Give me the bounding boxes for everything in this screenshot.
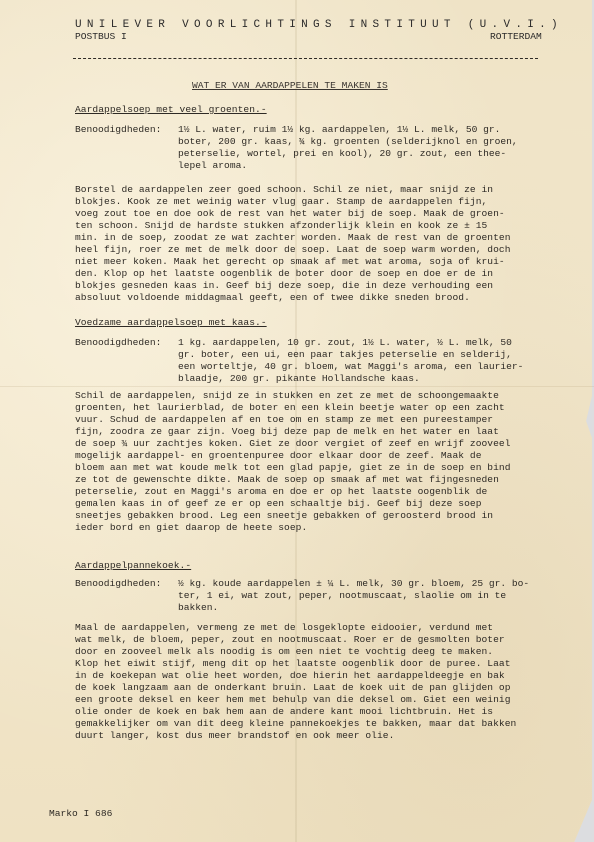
recipe-title: Aardappelpannekoek.- xyxy=(75,560,191,572)
method-line: Borstel de aardappelen zeer goed schoon.… xyxy=(75,184,493,196)
method-line: een groote deksel en keer hem met behulp… xyxy=(75,694,511,706)
method-line: duurt langer, kost dus meer brandstof en… xyxy=(75,730,394,742)
recipe-title: Voedzame aardappelsoep met kaas.- xyxy=(75,317,267,329)
ingredients-line: bakken. xyxy=(178,602,218,614)
method-line: min. in de soep, zoodat ze wat zachter w… xyxy=(75,232,511,244)
method-line: in de koekepan wat olie heet worden, doe… xyxy=(75,670,505,682)
ingredients-label: Benoodigdheden: xyxy=(75,124,161,136)
document-title: WAT ER VAN AARDAPPELEN TE MAKEN IS xyxy=(192,80,388,91)
ingredients-label: Benoodigdheden: xyxy=(75,578,161,590)
ingredients-line: 1 kg. aardappelen, 10 gr. zout, 1½ L. wa… xyxy=(178,337,512,349)
method-line: absoluut voldoende middagmaal geeft, een… xyxy=(75,292,470,304)
method-line: blokjes. Kook ze met weinig water vlug g… xyxy=(75,196,487,208)
ingredients-line: blaadje, 200 gr. pikante Hollandsche kaa… xyxy=(178,373,420,385)
method-line: peterselie, zout en Maggi's aroma en doe… xyxy=(75,486,487,498)
ingredients-line: boter, 200 gr. kaas, ¾ kg. groenten (sel… xyxy=(178,136,518,148)
method-line: de koek langzaam aan de onderkant bruin.… xyxy=(75,682,511,694)
fold-crease-horizontal xyxy=(0,386,594,387)
ingredients-line: 1½ L. water, ruim 1½ kg. aardappelen, 1½… xyxy=(178,124,500,136)
method-line: Schil de aardappelen, snijd ze in stukke… xyxy=(75,390,499,402)
method-line: mogelijk aardappel- en groentenpuree doo… xyxy=(75,450,482,462)
method-line: den. Klop op het laatste oogenblik de bo… xyxy=(75,268,493,280)
method-line: niet meer koken. Maak het gerecht op sma… xyxy=(75,256,505,268)
header-rule xyxy=(73,58,538,59)
ingredients-line: gr. boter, een ui, een paar takjes peter… xyxy=(178,349,512,361)
method-line: voeg zout toe en doe ook de rest van het… xyxy=(75,208,505,220)
method-line: gemalen kaas in of geef ze er op een sch… xyxy=(75,498,482,510)
ingredients-line: ½ kg. koude aardappelen ± ¼ L. melk, 30 … xyxy=(178,578,529,590)
ingredients-line: peterselie, wortel, prei en kool), 20 gr… xyxy=(178,148,506,160)
organization-name: UNILEVER VOORLICHTINGS INSTITUUT (U.V.I.… xyxy=(75,19,563,31)
method-line: bloem aan met wat koude melk tot een gla… xyxy=(75,462,511,474)
method-line: blokjes gesneden kaas in. Geef bij deze … xyxy=(75,280,493,292)
method-line: door en zooveel melk als noodig is om ee… xyxy=(75,646,493,658)
ingredients-line: lepel aroma. xyxy=(178,160,247,172)
method-line: heel fijn, roer ze met de melk door de s… xyxy=(75,244,511,256)
recipe-title: Aardappelsoep met veel groenten.- xyxy=(75,104,267,116)
ingredients-label: Benoodigdheden: xyxy=(75,337,161,349)
method-line: sneetjes gebakken brood. Leg een sneetje… xyxy=(75,510,493,522)
method-line: fijn, zoodra ze gaar zijn. Voeg bij deze… xyxy=(75,426,499,438)
postbus: POSTBUS I xyxy=(75,31,127,42)
method-line: vuur. Schud de aardappelen af en toe om … xyxy=(75,414,493,426)
footer-reference: Marko I 686 xyxy=(49,808,112,819)
method-line: Klop het eiwit stijf, meng dit op het la… xyxy=(75,658,511,670)
method-line: olie onder de koek en bak hem aan de and… xyxy=(75,706,493,718)
method-line: ze tot de gewenschte dikte. Maak de soep… xyxy=(75,474,499,486)
method-line: ieder bord en giet daarop de heete soep. xyxy=(75,522,307,534)
method-line: Maal de aardappelen, vermeng ze met de l… xyxy=(75,622,493,634)
method-line: wat melk, de bloem, peper, zout en nootm… xyxy=(75,634,505,646)
method-line: gemakkelijker om van dit deeg kleine pan… xyxy=(75,718,516,730)
city: ROTTERDAM xyxy=(490,31,542,42)
method-line: groenten, het laurierblad, de boter en e… xyxy=(75,402,505,414)
method-line: de soep ¾ uur zachtjes koken. Giet ze do… xyxy=(75,438,511,450)
ingredients-line: ter, 1 ei, wat zout, peper, nootmuscaat,… xyxy=(178,590,506,602)
ingredients-line: een worteltje, 40 gr. bloem, wat Maggi's… xyxy=(178,361,523,373)
method-line: ten schoon. Snijd de hardste stukken afz… xyxy=(75,220,487,232)
